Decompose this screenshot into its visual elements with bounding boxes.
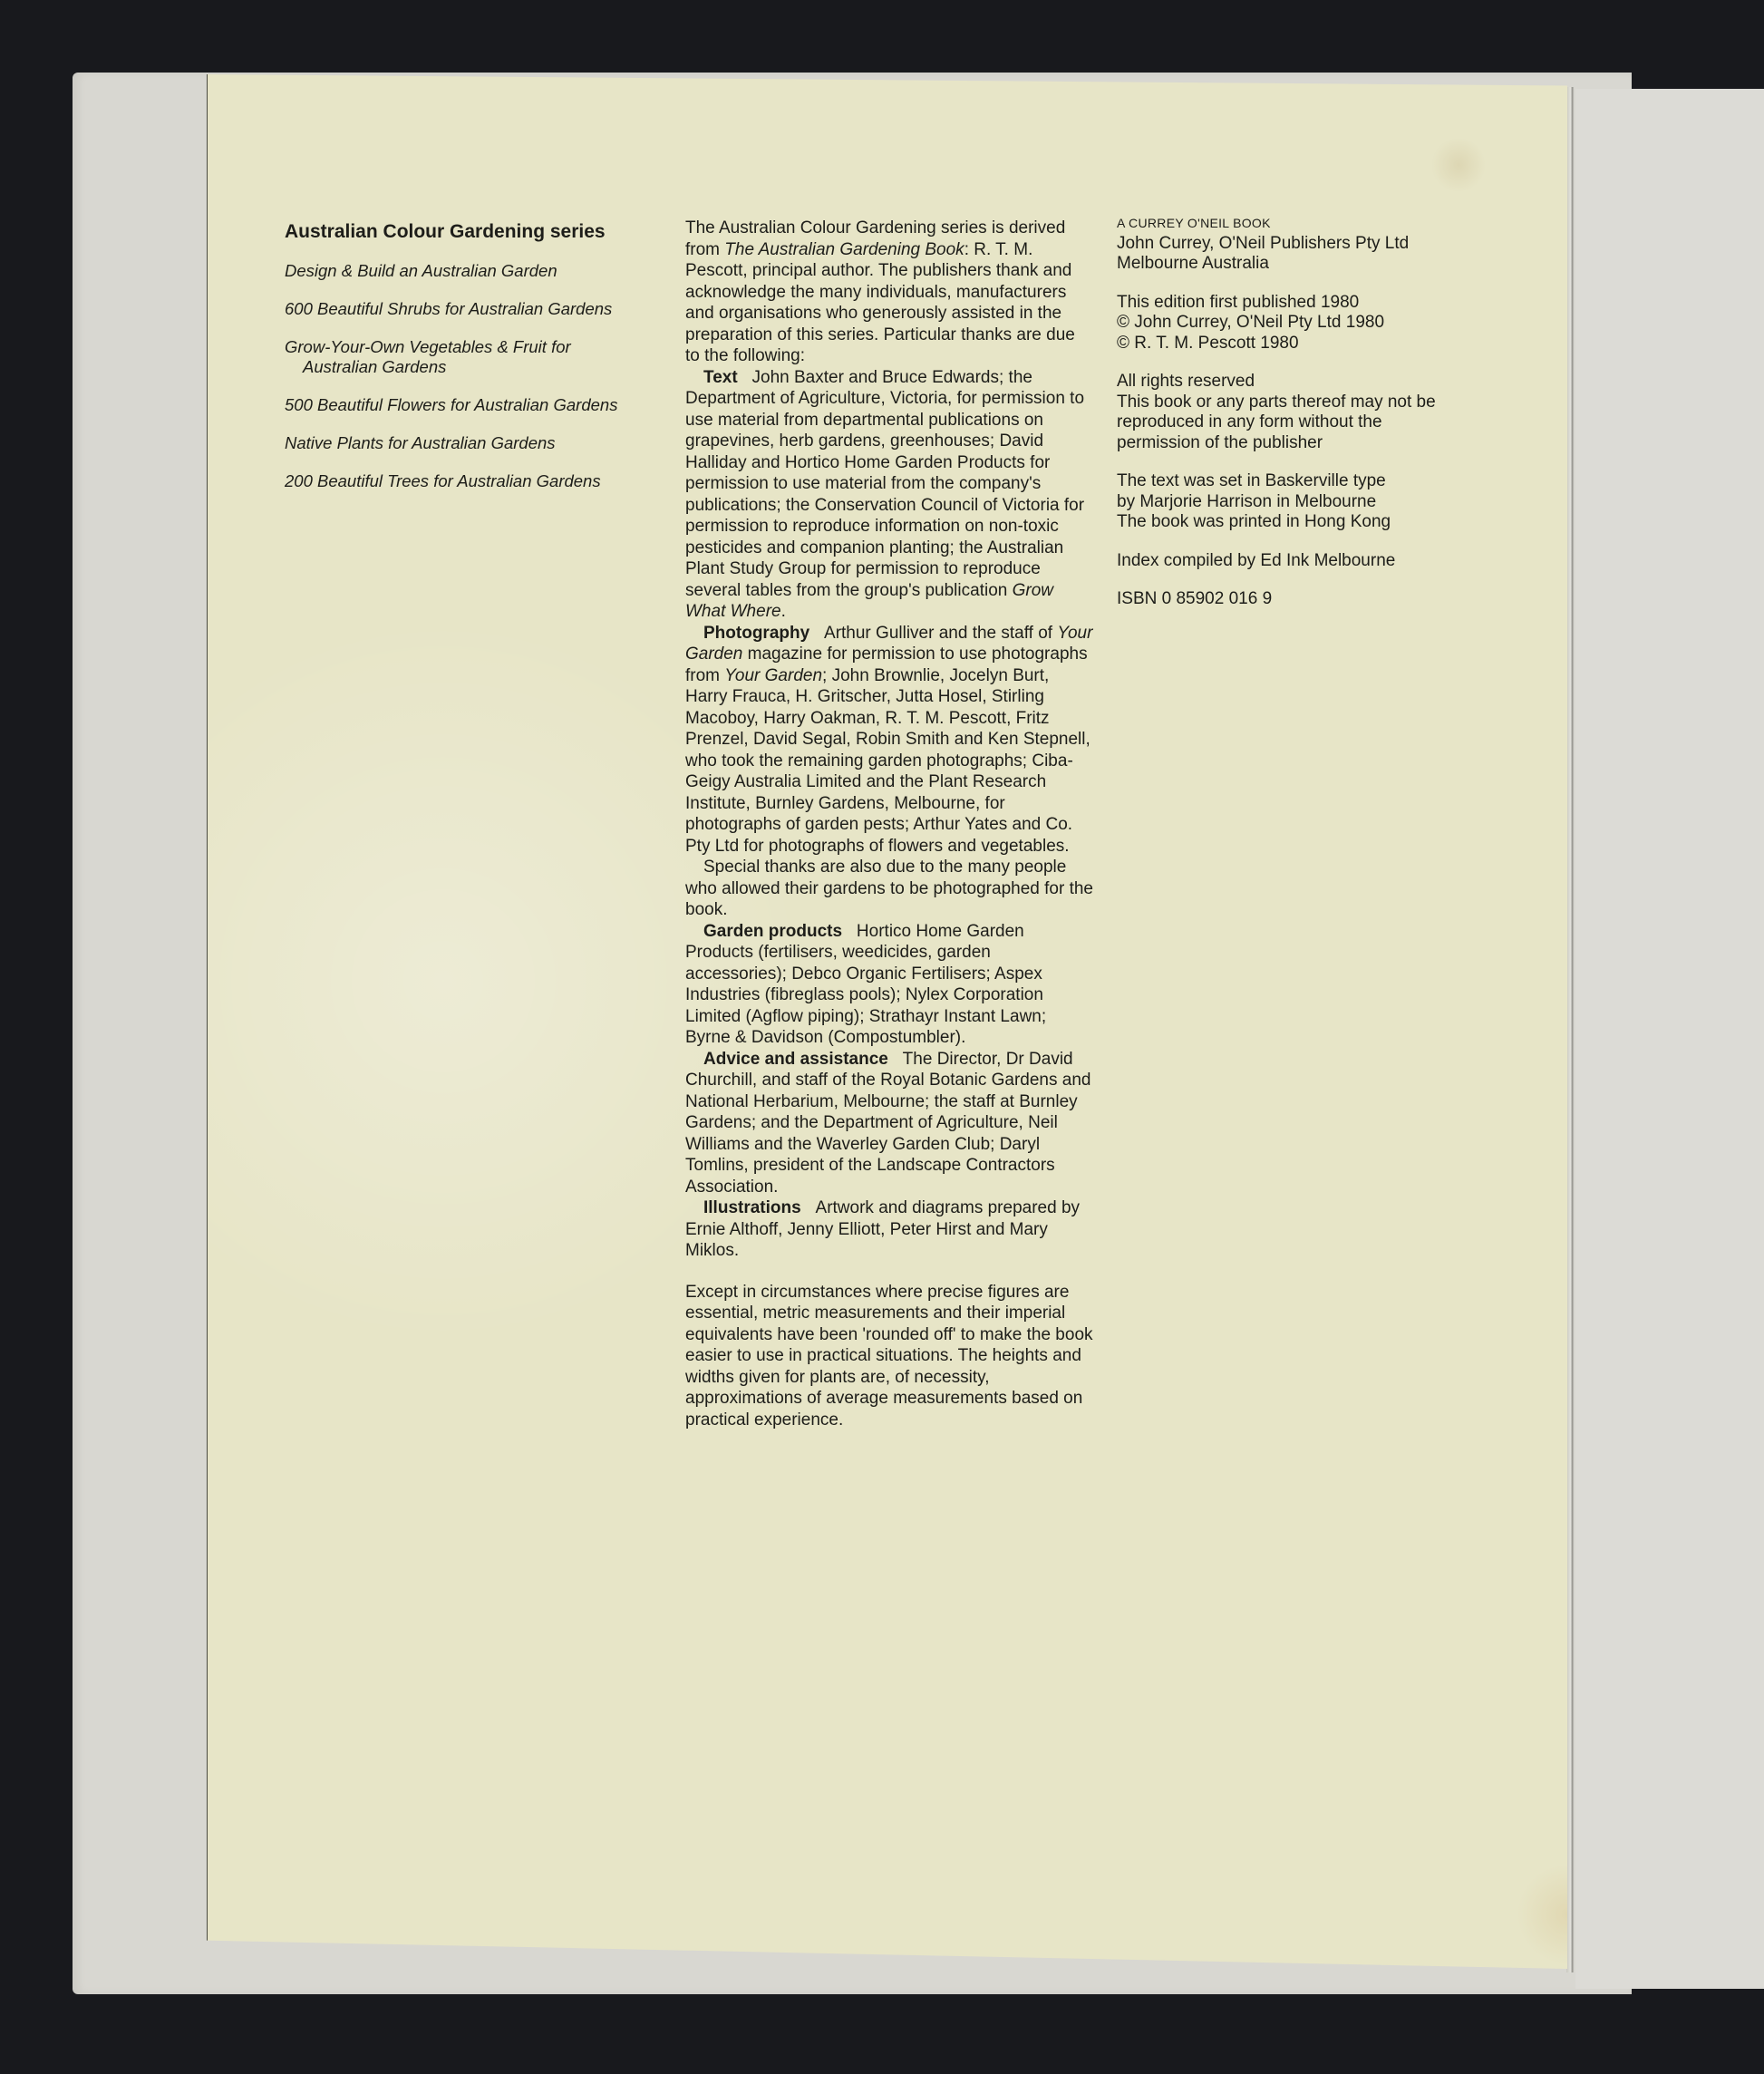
imprint: A CURREY O'NEIL BOOK John Currey, O'Neil… <box>1117 213 1497 628</box>
copyright-line: © R. T. M. Pescott 1980 <box>1117 334 1497 354</box>
publisher-name: John Currey, O'Neil Publishers Pty Ltd <box>1117 234 1497 255</box>
series-item-title: Native Plants for Australian Gardens <box>285 433 556 452</box>
photography-credits: Photography Arthur Gulliver and the staf… <box>685 623 1093 858</box>
rights-block: All rights reserved This book or any par… <box>1117 372 1497 453</box>
series-item: 500 Beautiful Flowers for Australian Gar… <box>285 395 683 415</box>
text-credits: Text John Baxter and Bruce Edwards; the … <box>685 367 1093 623</box>
punctuation: . <box>781 602 786 621</box>
measurements-note: Except in circumstances where precise fi… <box>685 1282 1093 1431</box>
series-item-title: 200 Beautiful Trees for Australian Garde… <box>285 471 601 490</box>
series-item-title: 600 Beautiful Shrubs for Australian Gard… <box>285 299 612 318</box>
acknowledgements: The Australian Colour Gardening series i… <box>685 218 1093 1430</box>
imprint-label: A CURREY O'NEIL BOOK <box>1117 213 1497 234</box>
series-title: Australian Colour Gardening series <box>285 221 683 243</box>
edition-line: This edition first published 1980 <box>1117 293 1497 314</box>
book-title: The Australian Gardening Book <box>724 240 964 259</box>
series-item: Native Plants for Australian Gardens <box>285 433 683 453</box>
rights-notice: permission of the publisher <box>1117 433 1497 454</box>
typeset-line: The text was set in Baskerville type <box>1117 471 1497 492</box>
advice-body: The Director, Dr David Churchill, and st… <box>685 1050 1090 1197</box>
photography-label: Photography <box>703 624 809 643</box>
edition-block: This edition first published 1980 © John… <box>1117 293 1497 354</box>
printed-line: The book was printed in Hong Kong <box>1117 512 1497 533</box>
publisher-block: A CURREY O'NEIL BOOK John Currey, O'Neil… <box>1117 213 1497 275</box>
illustrations-credits: Illustrations Artwork and diagrams prepa… <box>685 1197 1093 1262</box>
index-line: Index compiled by Ed Ink Melbourne <box>1117 551 1497 572</box>
series-item-title-continued: Australian Gardens <box>285 357 683 377</box>
garden-products-credits: Garden products Hortico Home Garden Prod… <box>685 921 1093 1049</box>
series-item-title: Grow-Your-Own Vegetables & Fruit for <box>285 337 571 356</box>
series-item: 200 Beautiful Trees for Australian Garde… <box>285 471 683 491</box>
magazine-title: Your Garden <box>724 666 822 685</box>
series-item-title: 500 Beautiful Flowers for Australian Gar… <box>285 395 617 414</box>
illustrations-label: Illustrations <box>703 1198 801 1217</box>
facing-page <box>1575 89 1764 1989</box>
production-block: The text was set in Baskerville type by … <box>1117 471 1497 533</box>
special-thanks-text: Special thanks are also due to the many … <box>685 858 1093 919</box>
rights-notice: reproduced in any form without the <box>1117 412 1497 433</box>
text-credits-label: Text <box>703 368 738 387</box>
photography-text: ; John Brownlie, Jocelyn Burt, Harry Fra… <box>685 666 1090 856</box>
series-item-title: Design & Build an Australian Garden <box>285 261 557 280</box>
rights-reserved: All rights reserved <box>1117 372 1497 393</box>
isbn: ISBN 0 85902 016 9 <box>1117 589 1497 610</box>
series-item: Grow-Your-Own Vegetables & Fruit forAust… <box>285 337 683 377</box>
advice-credits: Advice and assistance The Director, Dr D… <box>685 1049 1093 1198</box>
series-item: Design & Build an Australian Garden <box>285 261 683 281</box>
rights-notice: This book or any parts thereof may not b… <box>1117 393 1497 413</box>
photography-text: Arthur Gulliver and the staff of <box>824 624 1057 643</box>
publisher-location: Melbourne Australia <box>1117 254 1497 275</box>
special-thanks: Special thanks are also due to the many … <box>685 857 1093 921</box>
intro-paragraph: The Australian Colour Gardening series i… <box>685 218 1093 367</box>
garden-products-label: Garden products <box>703 922 842 941</box>
series-list: Australian Colour Gardening series Desig… <box>285 221 683 509</box>
series-item: 600 Beautiful Shrubs for Australian Gard… <box>285 299 683 319</box>
text-credits-body: John Baxter and Bruce Edwards; the Depar… <box>685 368 1084 600</box>
typeset-line: by Marjorie Harrison in Melbourne <box>1117 492 1497 513</box>
copyright-line: © John Currey, O'Neil Pty Ltd 1980 <box>1117 313 1497 334</box>
advice-label: Advice and assistance <box>703 1050 888 1069</box>
